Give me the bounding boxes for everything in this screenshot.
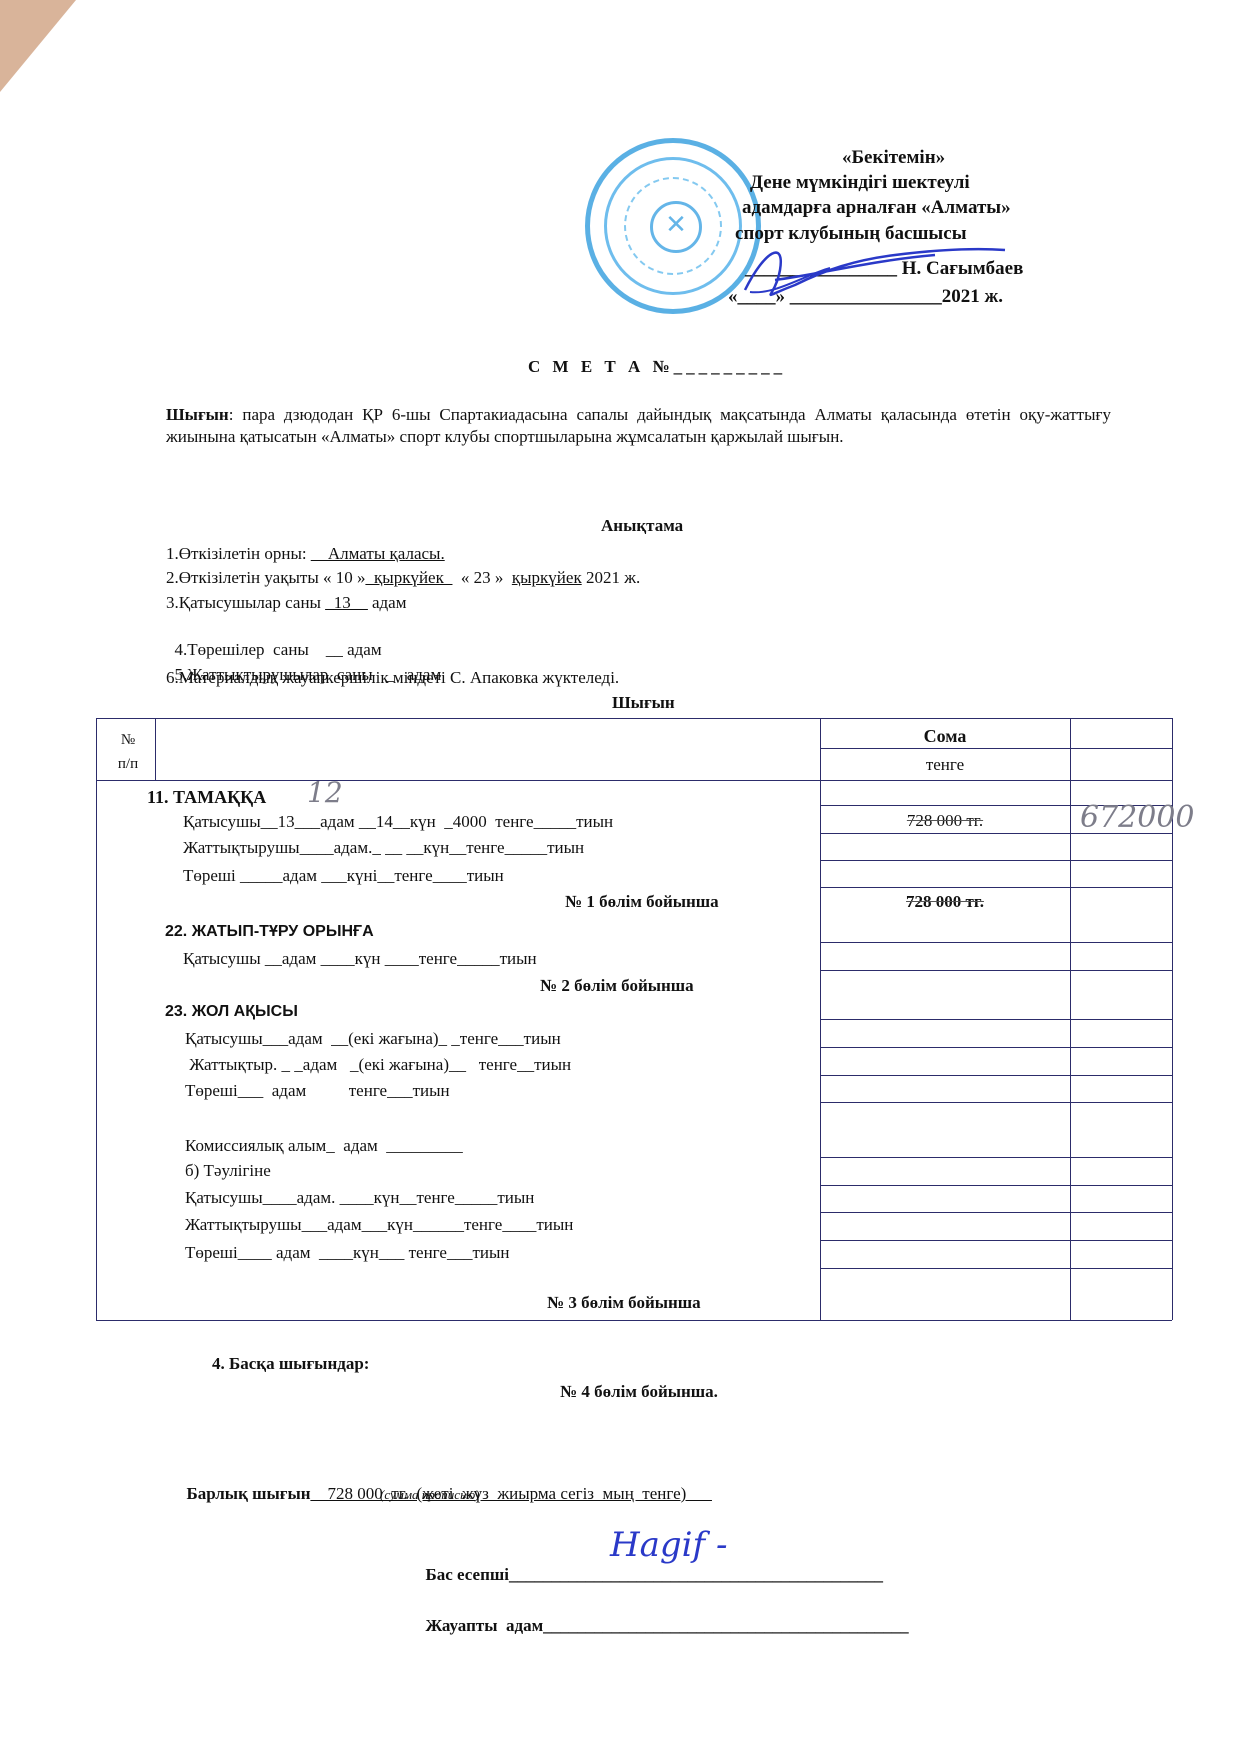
other-expenses-title: 4. Басқа шығындар: (212, 1353, 369, 1375)
approval-line-1: Дене мүмкіндігі шектеулі (750, 170, 970, 195)
venue-value: __Алматы қаласы. (311, 544, 445, 563)
responsible-signature-line: Жауапты адам____________________________… (417, 1593, 909, 1637)
approval-heading: «Бекітемін» (842, 145, 945, 170)
per-diem-coaches: Жаттықтырушы___адам___күн______тенге____… (185, 1214, 573, 1236)
section-1-subtotal-amount: 728 000 тг. (820, 891, 1070, 913)
other-expenses-subtotal: № 4 бөлім бойынша. (560, 1381, 718, 1403)
stamp-emblem-icon (650, 201, 702, 253)
definition-item-6: 6.Материалдық жауапкершілік міндеті С. А… (166, 667, 619, 689)
section-3-subtotal-label: № 3 бөлім бойынша (547, 1292, 701, 1314)
participants-count: _13__ (325, 593, 368, 612)
section-1-line-coaches: Жаттықтырушы____адам._ __ __күн__тенге__… (183, 837, 584, 859)
header-sum: Сома (820, 725, 1070, 747)
total-caption: (сумма прописью) (380, 1487, 479, 1503)
section-1-title: 11. ТАМАҚҚА (147, 786, 266, 808)
approval-line-2: адамдарға арналған «Алматы» (742, 195, 1011, 220)
section-1-line-participants: Қатысушы__13___адам __14__күн _4000 тенг… (183, 811, 613, 833)
director-signature (735, 230, 1035, 310)
scan-corner-artifact (0, 0, 76, 92)
definition-heading: Анықтама (601, 515, 683, 537)
section-1-line-amount: 728 000 тг. (820, 810, 1070, 832)
start-month: _қыркүйек_ (366, 568, 453, 587)
total-value: __728 000 тг. (жеті жүз жиырма сегіз мың… (311, 1484, 712, 1503)
definition-item-1: 1.Өткізілетін орны: __Алматы қаласы. (166, 543, 445, 565)
purpose-label: Шығын (166, 405, 229, 424)
section-3-line-referees: Төреші___ адам тенге___тиын (185, 1080, 450, 1102)
purpose-paragraph: Шығын: пара дзюдодан ҚР 6-шы Спартакиада… (166, 404, 1111, 448)
section-3-line-participants: Қатысушы___адам __(екі жағына)_ _тенге__… (185, 1028, 561, 1050)
header-currency: тенге (820, 754, 1070, 776)
handwritten-note-12: 12 (307, 776, 343, 809)
purpose-text: : пара дзюдодан ҚР 6-шы Спартакиадасына … (166, 405, 1111, 446)
responsible-label: Жауапты адам (426, 1616, 544, 1635)
estimate-title: С М Е Т А №_________ (528, 357, 786, 377)
definition-item-3: 3.Қатысушылар саны _13__ адам (166, 592, 406, 614)
section-3-line-coaches: Жаттықтыр. _ _адам _(екі жағына)__ тенге… (185, 1054, 571, 1076)
section-2-title: 22. ЖАТЫП-ТҰРУ ОРЫНҒА (165, 923, 374, 941)
expense-table-heading: Шығын (612, 692, 675, 714)
definition-item-2: 2.Өткізілетін уақыты « 10 »_қыркүйек_ « … (166, 567, 640, 589)
per-diem-referees: Төреші____ адам ____күн___ тенге___тиын (185, 1242, 510, 1264)
header-number: № п/п (113, 728, 143, 776)
per-diem-title: б) Тәулігіне (185, 1160, 271, 1182)
accountant-signature: Hagif - (610, 1525, 727, 1565)
handwritten-correction: 672000 (1080, 800, 1195, 835)
section-2-line-participants: Қатысушы __адам ____күн ____тенге_____ти… (183, 948, 537, 970)
accountant-label: Бас есепші (426, 1565, 509, 1584)
section-2-subtotal-label: № 2 бөлім бойынша (540, 975, 694, 997)
section-3-title: 23. ЖОЛ АҚЫСЫ (165, 1003, 298, 1021)
section-1-line-referees: Төреші _____адам ___күні__тенге____тиын (183, 865, 504, 887)
per-diem-participants: Қатысушы____адам. ____күн__тенге_____тиы… (185, 1187, 534, 1209)
commission-line: Комиссиялық алым_ адам _________ (185, 1135, 463, 1157)
section-1-subtotal-label: № 1 бөлім бойынша (565, 891, 719, 913)
end-month: қыркүйек (512, 568, 582, 587)
total-label: Барлық шығын (187, 1484, 311, 1503)
